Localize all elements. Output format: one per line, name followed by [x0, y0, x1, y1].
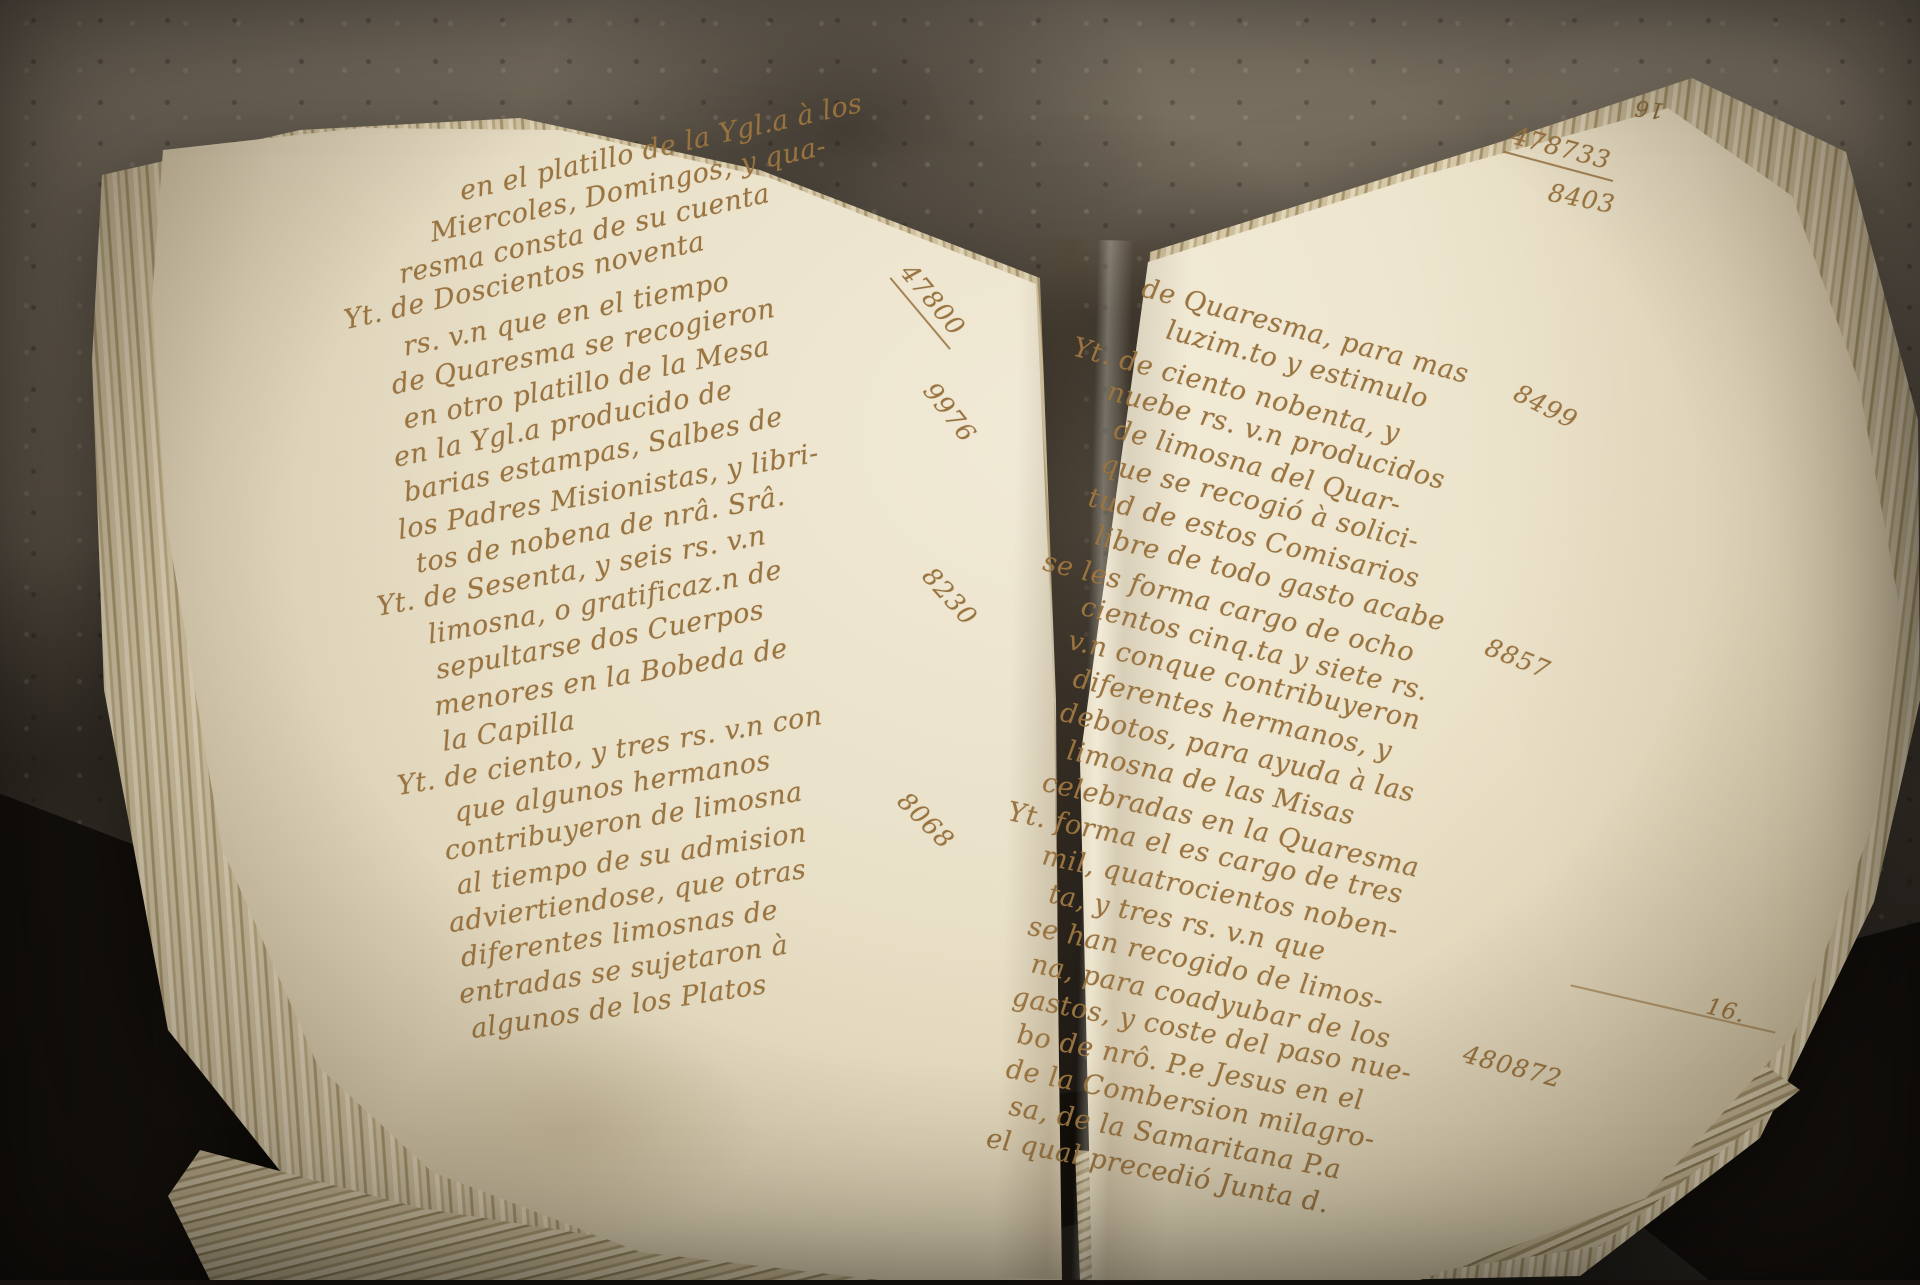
left-page-handwriting: en el platillo de la Ygl.a à losMiercole…: [330, 90, 1059, 1055]
open-manuscript-book: en el platillo de la Ygl.a à losMiercole…: [0, 0, 1920, 1280]
right-page-handwriting: de Quaresma, para masluzim.to y estimulo…: [960, 258, 1712, 1280]
corner-folio-number: 16: [1633, 94, 1666, 122]
photograph-manuscript-book: en el platillo de la Ygl.a à losMiercole…: [0, 0, 1920, 1280]
